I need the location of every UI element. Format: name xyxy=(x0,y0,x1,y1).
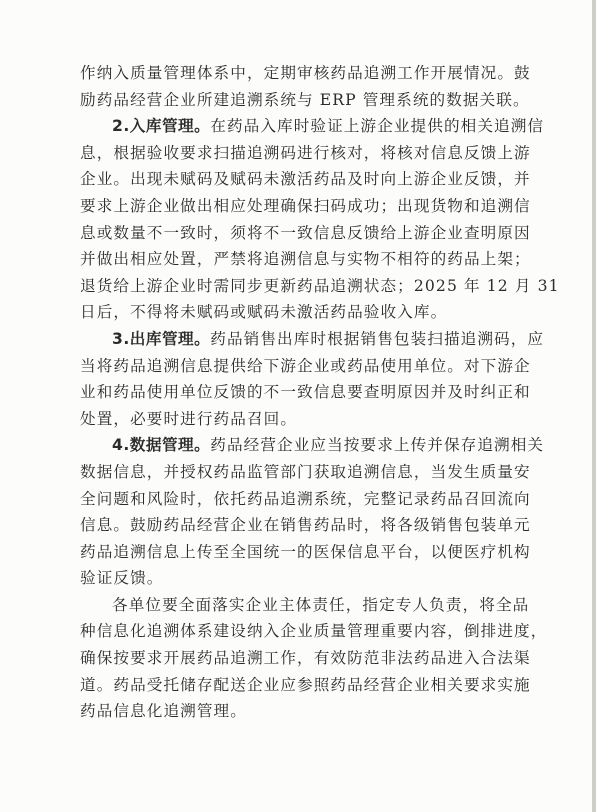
text-line: 2.入库管理。在药品入库时验证上游企业提供的相关追溯信 xyxy=(80,113,516,140)
text-line: 退货给上游企业时需同步更新药品追溯状态；2025 年 12 月 31 xyxy=(80,273,516,300)
text-line: 道。药品受托储存配送企业应参照药品经营企业相关要求实施 xyxy=(80,672,516,699)
text-line: 种信息化追溯体系建设纳入企业质量管理重要内容，倒排进度， xyxy=(80,618,516,645)
text-line: 励药品经营企业所建追溯系统与 ERP 管理系统的数据关联。 xyxy=(80,87,516,114)
text-line: 验证反馈。 xyxy=(80,565,516,592)
text-line: 药品追溯信息上传至全国统一的医保信息平台，以便医疗机构 xyxy=(80,539,516,566)
text-line: 信息。鼓励药品经营企业在销售药品时，将各级销售包装单元 xyxy=(80,512,516,539)
text-line: 全问题和风险时，依托药品追溯系统，完整记录药品召回流向 xyxy=(80,486,516,513)
text-line: 3.出库管理。药品销售出库时根据销售包装扫描追溯码，应 xyxy=(80,326,516,353)
text-line: 作纳入质量管理体系中，定期审核药品追溯工作开展情况。鼓 xyxy=(80,60,516,87)
text-run: 在药品入库时验证上游企业提供的相关追溯信 xyxy=(210,117,544,135)
document-page: 作纳入质量管理体系中，定期审核药品追溯工作开展情况。鼓 励药品经营企业所建追溯系… xyxy=(0,0,592,812)
text-line: 药品信息化追溯管理。 xyxy=(80,698,516,725)
text-line: 息或数量不一致时，须将不一致信息反馈给上游企业查明原因 xyxy=(80,220,516,247)
text-line: 处置，必要时进行药品召回。 xyxy=(80,406,516,433)
text-line: 4.数据管理。药品经营企业应当按要求上传并保存追溯相关 xyxy=(80,432,516,459)
scan-page-edge xyxy=(592,0,596,812)
text-line: 各单位要全面落实企业主体责任，指定专人负责，将全品 xyxy=(80,592,516,619)
text-line: 当将药品追溯信息提供给下游企业或药品使用单位。对下游企 xyxy=(80,353,516,380)
section-heading-inbound: 2.入库管理。 xyxy=(112,117,210,135)
text-line: 数据信息，并授权药品监管部门获取追溯信息，当发生质量安 xyxy=(80,459,516,486)
section-heading-data: 4.数据管理。 xyxy=(112,436,210,454)
paragraph-closing: 各单位要全面落实企业主体责任，指定专人负责，将全品 种信息化追溯体系建设纳入企业… xyxy=(80,592,516,725)
text-line: 企业。出现未赋码及赋码未激活药品及时向上游企业反馈，并 xyxy=(80,166,516,193)
paragraph-inbound-management: 2.入库管理。在药品入库时验证上游企业提供的相关追溯信 息，根据验收要求扫描追溯… xyxy=(80,113,516,326)
text-run: 药品销售出库时根据销售包装扫描追溯码，应 xyxy=(210,330,544,348)
text-line: 并做出相应处置，严禁将追溯信息与实物不相符的药品上架； xyxy=(80,246,516,273)
paragraph-data-management: 4.数据管理。药品经营企业应当按要求上传并保存追溯相关 数据信息，并授权药品监管… xyxy=(80,432,516,592)
text-line: 业和药品使用单位反馈的不一致信息要查明原因并及时纠正和 xyxy=(80,379,516,406)
text-line: 日后，不得将未赋码或赋码未激活药品验收入库。 xyxy=(80,299,516,326)
text-line: 息，根据验收要求扫描追溯码进行核对，将核对信息反馈上游 xyxy=(80,140,516,167)
text-run: 药品经营企业应当按要求上传并保存追溯相关 xyxy=(210,436,544,454)
text-line: 要求上游企业做出相应处理确保扫码成功；出现货物和追溯信 xyxy=(80,193,516,220)
paragraph-continuation: 作纳入质量管理体系中，定期审核药品追溯工作开展情况。鼓 励药品经营企业所建追溯系… xyxy=(80,60,516,113)
document-body: 作纳入质量管理体系中，定期审核药品追溯工作开展情况。鼓 励药品经营企业所建追溯系… xyxy=(80,60,516,725)
section-heading-outbound: 3.出库管理。 xyxy=(112,330,210,348)
text-line: 确保按要求开展药品追溯工作，有效防范非法药品进入合法渠 xyxy=(80,645,516,672)
paragraph-outbound-management: 3.出库管理。药品销售出库时根据销售包装扫描追溯码，应 当将药品追溯信息提供给下… xyxy=(80,326,516,432)
